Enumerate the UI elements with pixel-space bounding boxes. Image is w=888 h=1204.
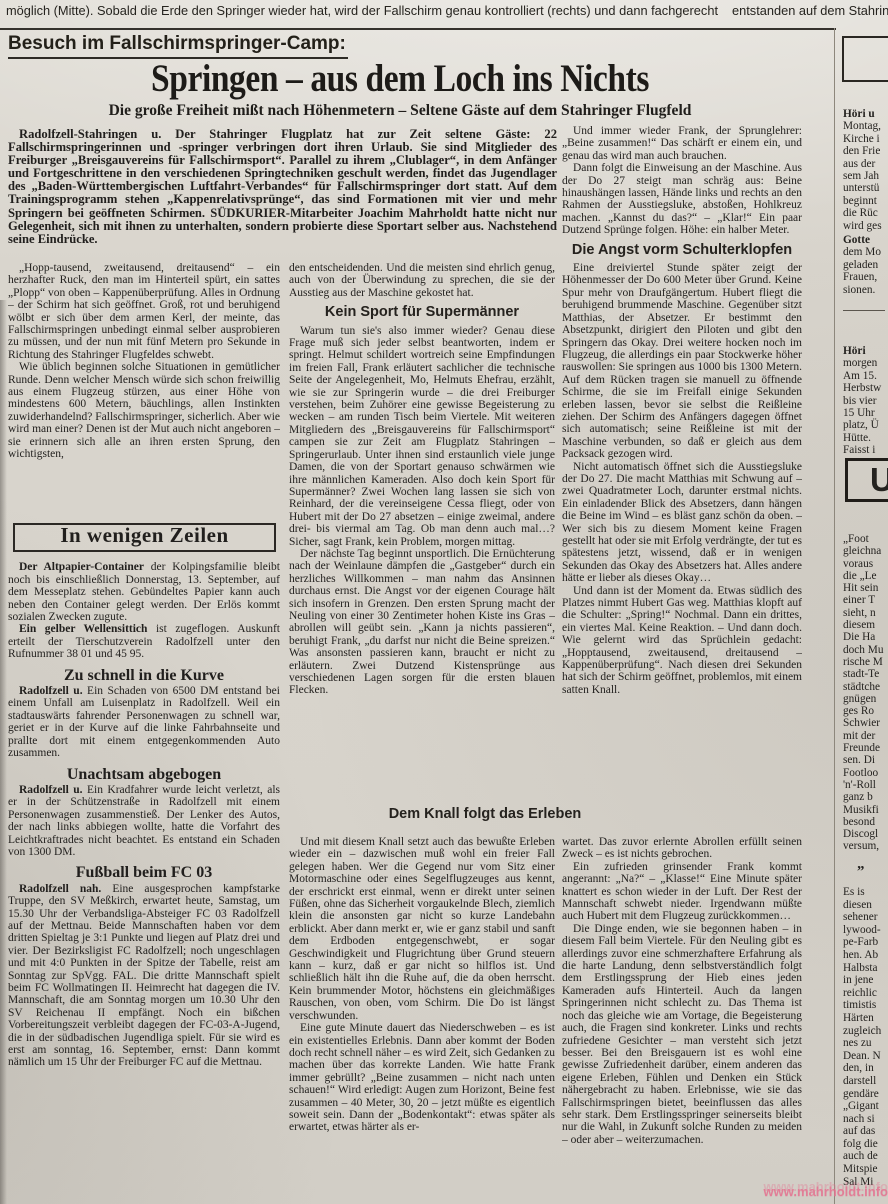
cut-text-line: platz, Ü [843,419,888,431]
cut-text-line: Faisst i [843,444,888,456]
cut-text-line: mit der [843,730,888,742]
adjacent-column-fragment: Höri uMontag,Kirche iden Frieaus dersem … [843,0,888,1204]
cut-text-line: Montag, [843,120,888,132]
cut-text-line: ganz b [843,791,888,803]
lead-paragraph: Radolfzell-Stahringen u. Der Stahringer … [8,128,557,246]
big-letter-u: U [870,461,888,499]
cut-text-line: sen. Di [843,754,888,766]
news-briefs-box: In wenigen Zeilen Der Altpapier-Containe… [8,523,280,1204]
cut-text-line: Höri u [843,108,888,120]
cut-text-line: aus der [843,158,888,170]
scan-edge-smudge [0,300,7,1204]
brief-section-heading: Zu schnell in die Kurve [8,670,280,682]
column-divider-rule [834,28,835,1204]
brief-item-lead: Der Altpapier-Container [19,561,144,573]
right-item-footloose: „Footgleichnavorausdie „LeHit seineiner … [843,533,888,853]
cut-text-line: ges Ro [843,705,888,717]
cut-text-line: gnügen [843,693,888,705]
cut-text-line: in jene [843,974,888,987]
cut-text-line: Gotte [843,234,888,246]
cut-text-line: wird ges [843,220,888,232]
cut-text-line: beginnt [843,195,888,207]
cut-text-line: dem Mo [843,246,888,258]
article-paragraph: Und dann ist der Moment da. Etwas südlic… [562,585,802,697]
cut-text-line: „Foot [843,533,888,545]
cut-text-line: Es is [843,886,888,899]
cut-text-line: Frauen, [843,271,888,283]
briefs-sections: Zu schnell in die Kurve Radolfzell u. Ei… [8,670,280,1069]
headline: Springen – aus dem Loch ins Nichts [73,56,727,101]
cut-text-line: Dean. N [843,1050,888,1063]
article-column-3-bottom: wartet. Das zuvor erlernte Abrollen erfü… [562,836,802,1204]
cut-text-line: darstell [843,1075,888,1088]
brief-section-text: Eine ausgesprochen kampfstarke Truppe, d… [8,883,280,1069]
brief-section-paragraph: Radolfzell nah. Eine ausgesprochen kampf… [8,883,280,1069]
cut-text-line: diesem [843,619,888,631]
column-3-intro: Und immer wieder Frank, der Sprunglehrer… [562,125,802,237]
empty-frame-box [842,36,888,82]
brief-item-lead: Ein gelber Wellensittich [19,623,147,635]
article-paragraph: wartet. Das zuvor erlernte Abrollen erfü… [562,836,802,861]
briefs-title-box: In wenigen Zeilen [13,523,276,552]
article-column-2: den entscheidenden. Und die meisten sind… [289,262,555,805]
cut-text-line: sieht, n [843,607,888,619]
article-paragraph: Nicht automatisch öffnet sich die Aussti… [562,461,802,585]
cut-text-line: versum, [843,840,888,852]
brief-section-paragraph: Radolfzell u. Ein Schaden von 6500 DM en… [8,685,280,759]
brief-section-heading: Unachtsam abgebogen [8,769,280,781]
cut-text-line: Hütte. [843,432,888,444]
subheading-kein-sport: Kein Sport für Supermänner [289,306,555,318]
cut-text-line: sionen. [843,284,888,296]
article-paragraph: Und mit diesem Knall setzt auch das bewu… [289,836,555,1022]
photo-caption-strip: möglich (Mitte). Sobald die Erde den Spr… [6,3,888,18]
cut-text-line: sehener [843,911,888,924]
cut-text-line: Herbstw [843,382,888,394]
column-3-body: Eine dreiviertel Stunde später zeigt der… [562,262,802,696]
subheading-die-angst: Die Angst vorm Schulterklopfen [562,244,802,256]
article-paragraph: den entscheidenden. Und die meisten sind… [289,262,555,299]
right-item-giganten: Es isdiesensehenerlywood-pe-Farbhen. AbH… [843,886,888,1188]
right-item-1b: Gottedem MogeladenFrauen,sionen. [843,234,888,296]
cut-text-line: nes zu [843,1037,888,1050]
cut-text-line: folg die [843,1138,888,1151]
column-2-body: Warum tun sie's also immer wieder? Genau… [289,325,555,697]
cut-text-line: unterstü [843,182,888,194]
article-paragraph: Der nächste Tag beginnt unsportlich. Die… [289,548,555,697]
brief-section: Fußball beim FC 03 Radolfzell nah. Eine … [8,867,280,1069]
brief-section-lead: Radolfzell u. [19,685,83,697]
cut-text-line: sem Jah [843,170,888,182]
cut-text-line: Kirche i [843,133,888,145]
cut-text-line: 'n'-Roll [843,779,888,791]
brief-item: Der Altpapier-Container der Kolpingsfami… [8,561,280,623]
cut-text-line: reichlic [843,987,888,1000]
briefs-title: In wenigen Zeilen [60,523,228,547]
brief-section-lead: Radolfzell nah. [19,883,101,895]
cut-text-line: zugleich [843,1025,888,1038]
cut-text-line: stadt-Te [843,668,888,680]
brief-section: Unachtsam abgebogen Radolfzell u. Ein Kr… [8,769,280,859]
cut-text-line: Halbsta [843,962,888,975]
boxed-section-letter: U [845,458,888,502]
right-strip-separator [843,310,885,311]
cut-text-line: Musikfi [843,804,888,816]
article-paragraph: „Hopp-tausend, zweitausend, dreitausend“… [8,262,280,361]
article-column-1: „Hopp-tausend, zweitausend, dreitausend“… [8,262,280,521]
cut-text-line: Discogl [843,828,888,840]
subhead: Die große Freiheit mißt nach Höhenmetern… [31,102,768,120]
cut-text-line: geladen [843,259,888,271]
watermark: www.mahrholdt.info [764,1184,888,1199]
cut-heading-quote: „ [857,856,865,873]
article-paragraph: Ein zufrieden grinsender Frank kommt ang… [562,861,802,923]
cut-text-line: Die Ha [843,631,888,643]
cut-text-line: auf das [843,1125,888,1138]
cut-text-line: städtche [843,681,888,693]
cut-text-line: voraus [843,558,888,570]
cut-text-line: die Rüc [843,207,888,219]
article-column-3: Und immer wieder Frank, der Sprunglehrer… [562,125,802,805]
cut-text-line: die „Le [843,570,888,582]
cut-text-line: Freunde [843,742,888,754]
article-paragraph: Dann folgt die Einweisung an der Maschin… [562,162,802,236]
brief-item: Ein gelber Wellensittich ist zugeflogen.… [8,623,280,660]
article-paragraph: Die Dinge enden, wie sie begonnen haben … [562,923,802,1146]
right-item-1: Höri uMontag,Kirche iden Frieaus dersem … [843,108,888,232]
cut-text-line: gleichna [843,545,888,557]
brief-section-heading: Fußball beim FC 03 [8,867,280,879]
cut-text-line: besond [843,816,888,828]
cut-text-line: morgen [843,357,888,369]
article-paragraph: Wie üblich beginnen solche Situationen i… [8,361,280,460]
brief-section-lead: Radolfzell u. [19,784,83,796]
brief-section-paragraph: Radolfzell u. Ein Kradfahrer wurde leich… [8,784,280,858]
newspaper-scan: { "scan": { "top_strip_left": "möglich (… [0,0,888,1204]
article-paragraph: Warum tun sie's also immer wieder? Genau… [289,325,555,548]
cut-text-line: timistis [843,999,888,1012]
cut-text-line: Schwier [843,717,888,729]
article-paragraph: Und immer wieder Frank, der Sprunglehrer… [562,125,802,162]
cut-text-line: Härten [843,1012,888,1025]
cut-text-line: nach si [843,1113,888,1126]
photo-caption-left: möglich (Mitte). Sobald die Erde den Spr… [6,3,718,18]
cut-text-line: den, in [843,1062,888,1075]
brief-section: Zu schnell in die Kurve Radolfzell u. Ei… [8,670,280,760]
cut-text-line: gendäre [843,1088,888,1101]
article-paragraph: Eine gute Minute dauert das Niederschweb… [289,1022,555,1134]
briefs-items: Der Altpapier-Container der Kolpingsfami… [8,561,280,660]
cut-text-line: Mitspie [843,1163,888,1176]
cut-text-line: 15 Uhr [843,407,888,419]
cut-text-line: rische M [843,656,888,668]
cut-text-line: „Gigant [843,1100,888,1113]
cut-text-line: pe-Farb [843,936,888,949]
cut-text-line: lywood- [843,924,888,937]
cut-text-line: diesen [843,899,888,912]
cut-text-line: einer T [843,594,888,606]
cut-text-line: bis vier [843,395,888,407]
cut-text-line: Höri [843,345,888,357]
cut-text-line: den Frie [843,145,888,157]
article-column-2-bottom: Und mit diesem Knall setzt auch das bewu… [289,836,555,1204]
right-item-2: HörimorgenAm 15.Herbstwbis vier15 Uhrpla… [843,345,888,457]
cut-text-line: hen. Ab [843,949,888,962]
cut-text-line: Am 15. [843,370,888,382]
article-top-rule [0,28,836,30]
article-paragraph: Eine dreiviertel Stunde später zeigt der… [562,262,802,461]
cut-text-line: auch de [843,1150,888,1163]
cut-text-line: Hit sein [843,582,888,594]
subheading-dem-knall: Dem Knall folgt das Erleben [250,806,720,822]
cut-text-line: Footloo [843,767,888,779]
cut-text-line: doch Mu [843,644,888,656]
